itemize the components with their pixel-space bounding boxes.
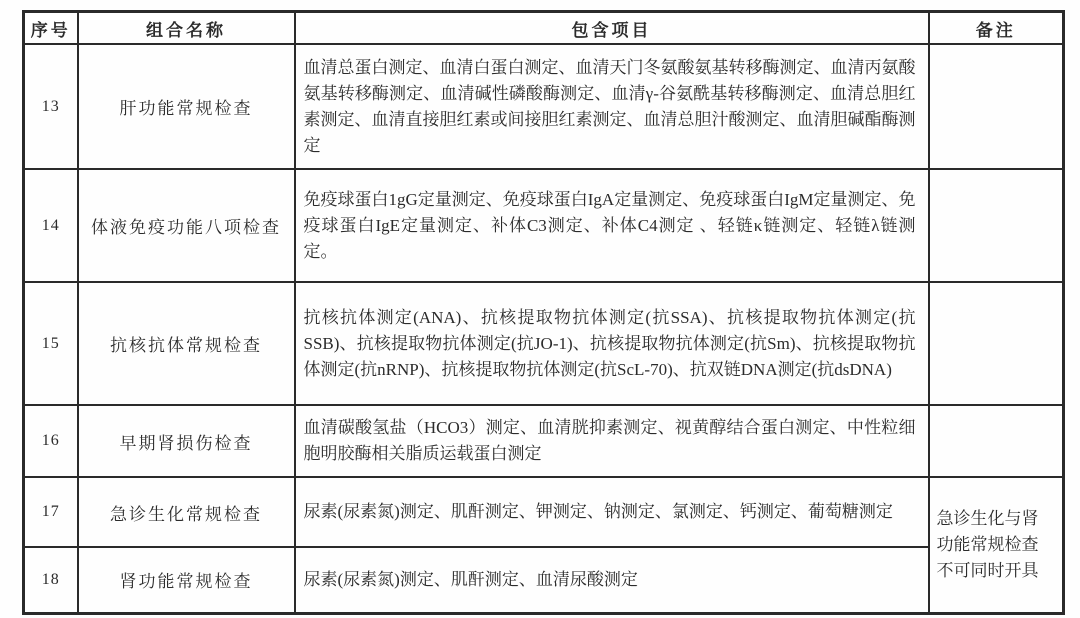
row-18-number: 18	[24, 547, 78, 613]
row-14-name: 体液免疫功能八项检查	[78, 169, 295, 282]
table-row-16: 16 早期肾损伤检查 血清碳酸氢盐（HCO3）测定、血清胱抑素测定、视黄醇结合蛋…	[24, 405, 1064, 477]
row-15-name: 抗核抗体常规检查	[78, 282, 295, 405]
table-row-13: 13 肝功能常规检查 血清总蛋白测定、血清白蛋白测定、血清天门冬氨酸氨基转移酶测…	[24, 44, 1064, 169]
row-15-items: 抗核抗体测定(ANA)、抗核提取物抗体测定(抗SSA)、抗核提取物抗体测定(抗S…	[295, 282, 929, 405]
row-18-items: 尿素(尿素氮)测定、肌酐测定、血清尿酸测定	[295, 547, 929, 613]
header-row: 序号 组合名称 包含项目 备注	[24, 12, 1064, 45]
row-13-number: 13	[24, 44, 78, 169]
row-17-number: 17	[24, 477, 78, 547]
col-header-remark: 备注	[929, 12, 1064, 45]
row-13-items: 血清总蛋白测定、血清白蛋白测定、血清天门冬氨酸氨基转移酶测定、血清丙氨酸氨基转移…	[295, 44, 929, 169]
row-16-number: 16	[24, 405, 78, 477]
col-header-no: 序号	[24, 12, 78, 45]
row-16-remark	[929, 405, 1064, 477]
table-row-18: 18 肾功能常规检查 尿素(尿素氮)测定、肌酐测定、血清尿酸测定	[24, 547, 1064, 613]
merged-remark-cell: 急诊生化与肾功能常规检查不可同时开具	[929, 477, 1064, 613]
row-17-items: 尿素(尿素氮)测定、肌酐测定、钾测定、钠测定、氯测定、钙测定、葡萄糖测定	[295, 477, 929, 547]
document-page: 序号 组合名称 包含项目 备注 13 肝功能常规检查 血清总蛋白测定、血清白蛋白…	[0, 0, 1080, 618]
row-13-remark	[929, 44, 1064, 169]
row-17-name: 急诊生化常规检查	[78, 477, 295, 547]
col-header-items: 包含项目	[295, 12, 929, 45]
row-14-number: 14	[24, 169, 78, 282]
row-15-number: 15	[24, 282, 78, 405]
row-16-items: 血清碳酸氢盐（HCO3）测定、血清胱抑素测定、视黄醇结合蛋白测定、中性粒细胞明胶…	[295, 405, 929, 477]
col-header-name: 组合名称	[78, 12, 295, 45]
row-16-name: 早期肾损伤检查	[78, 405, 295, 477]
row-14-remark	[929, 169, 1064, 282]
row-15-remark	[929, 282, 1064, 405]
row-18-name: 肾功能常规检查	[78, 547, 295, 613]
table-row-14: 14 体液免疫功能八项检查 免疫球蛋白1gG定量测定、免疫球蛋白IgA定量测定、…	[24, 169, 1064, 282]
test-combination-table: 序号 组合名称 包含项目 备注 13 肝功能常规检查 血清总蛋白测定、血清白蛋白…	[22, 10, 1065, 615]
table-row-17: 17 急诊生化常规检查 尿素(尿素氮)测定、肌酐测定、钾测定、钠测定、氯测定、钙…	[24, 477, 1064, 547]
row-13-name: 肝功能常规检查	[78, 44, 295, 169]
row-14-items: 免疫球蛋白1gG定量测定、免疫球蛋白IgA定量测定、免疫球蛋白IgM定量测定、免…	[295, 169, 929, 282]
table-row-15: 15 抗核抗体常规检查 抗核抗体测定(ANA)、抗核提取物抗体测定(抗SSA)、…	[24, 282, 1064, 405]
